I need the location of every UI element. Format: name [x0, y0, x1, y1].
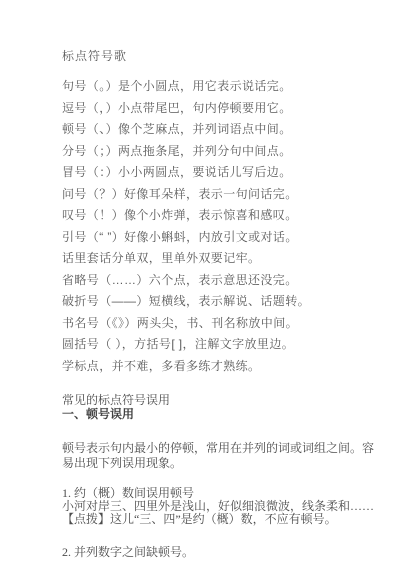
punctuation-song-section: 标点符号歌 句号（。）是个小圆点，用它表示说话完。 逗号（，）小点带尾巴，句内停… — [62, 50, 384, 377]
song-line: 句号（。）是个小圆点，用它表示说话完。 — [62, 76, 384, 98]
misuse-heading: 常见的标点符号误用 — [62, 393, 384, 407]
document-page: 标点符号歌 句号（。）是个小圆点，用它表示说话完。 逗号（，）小点带尾巴，句内停… — [0, 0, 410, 580]
misuse-subheading: 一、顿号误用 — [62, 407, 384, 422]
song-line: 引号（“ ”）好像小蝌蚪，内放引文或对话。 — [62, 227, 384, 249]
song-line: 逗号（，）小点带尾巴，句内停顿要用它。 — [62, 98, 384, 120]
song-line: 顿号（、）像个芝麻点，并列词语点中间。 — [62, 119, 384, 141]
song-line: 省略号（……）六个点，表示意思还没完。 — [62, 270, 384, 292]
document-content: 标点符号歌 句号（。）是个小圆点，用它表示说话完。 逗号（，）小点带尾巴，句内停… — [62, 50, 384, 559]
misuse-section: 常见的标点符号误用 一、顿号误用 顿号表示句内最小的停顿，常用在并列的词或词组之… — [62, 393, 384, 559]
misuse-item1-note: 【点拨】这儿“三、四”是约（概）数，不应有顿号。 — [62, 513, 384, 526]
misuse-intro-paragraph: 顿号表示句内最小的停顿，常用在并列的词或词组之间。容易出现下列误用现象。 — [62, 441, 384, 471]
song-line: 冒号（：）小小两圆点，要说话儿写后边。 — [62, 162, 384, 184]
song-line: 分号（；）两点拖条尾，并列分句中间点。 — [62, 141, 384, 163]
song-line: 圆括号（ ），方括号[ ]，注解文字放里边。 — [62, 334, 384, 356]
song-line: 破折号（——）短横线，表示解说、话题转。 — [62, 291, 384, 313]
song-line: 问号（？）好像耳朵样，表示一句问话完。 — [62, 184, 384, 206]
misuse-item2-title: 2. 并列数字之间缺顿号。 — [62, 546, 384, 559]
song-line: 学标点，并不难，多看多练才熟练。 — [62, 356, 384, 378]
song-title: 标点符号歌 — [62, 50, 384, 62]
song-line: 叹号（！）像个小炸弹，表示惊喜和感叹。 — [62, 205, 384, 227]
song-line: 书名号（《》）两头尖，书、刊名称放中间。 — [62, 313, 384, 335]
song-line: 话里套话分单双，里单外双要记牢。 — [62, 248, 384, 270]
